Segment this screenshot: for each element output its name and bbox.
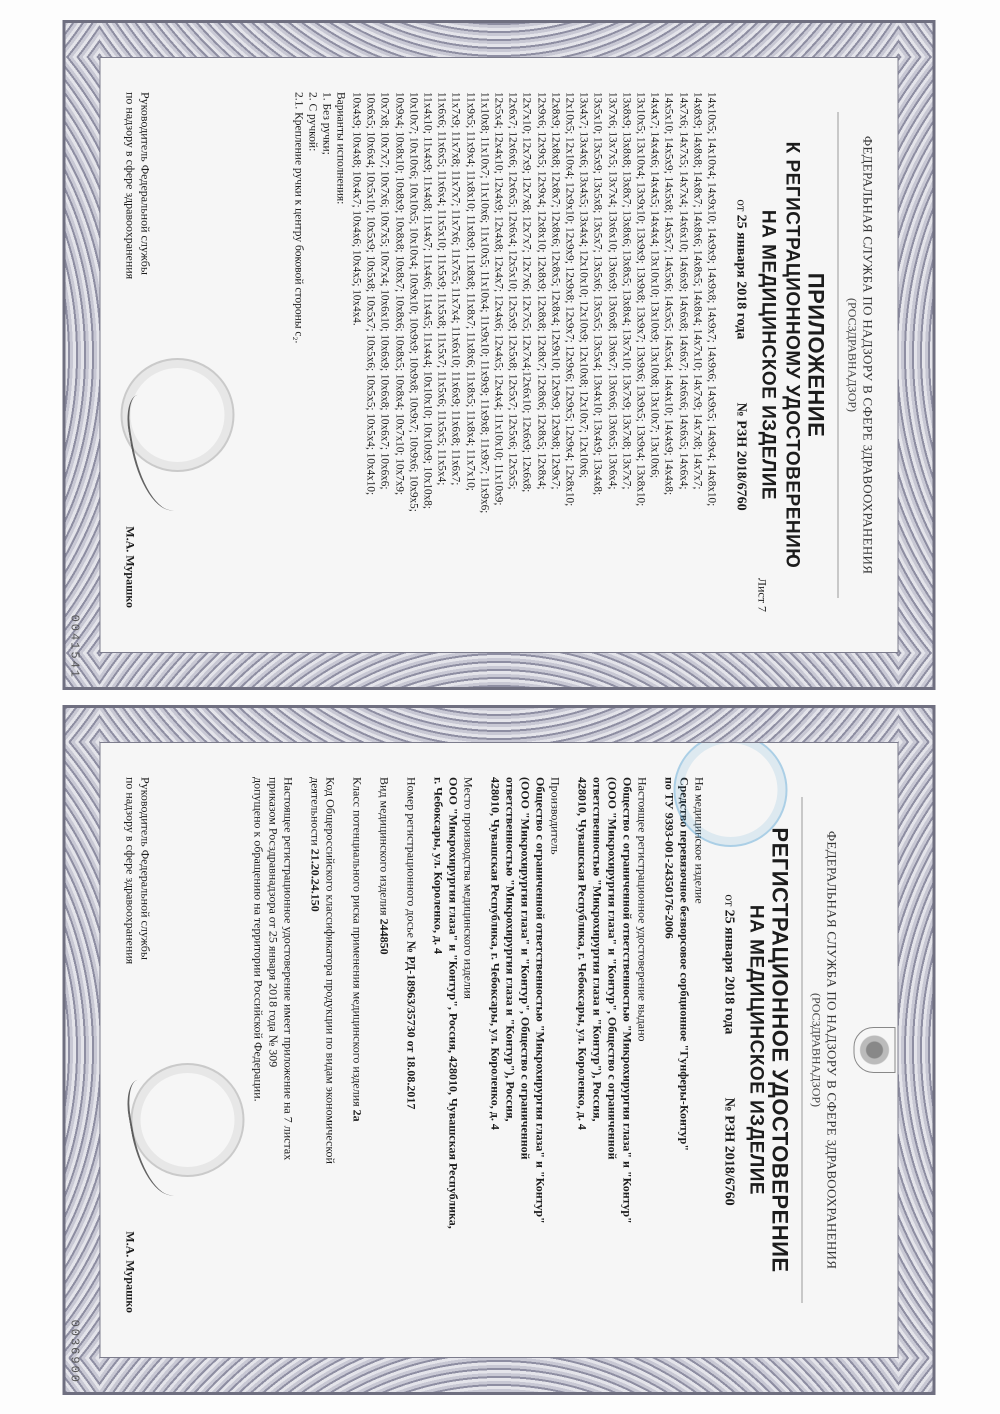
note-line: допущено к обращению на территории Росси… (250, 777, 265, 1323)
appendix-content: ФЕДЕРАЛЬНАЯ СЛУЖБА ПО НАДЗОРУ В СФЕРЕ ЗД… (99, 57, 898, 653)
manufacturer-line: ответственностью "Микрохирургия глаза и … (502, 777, 517, 1323)
risk-value: 2а (350, 1110, 364, 1122)
size-list-line: 11x4x10; 11x4x9; 11x4x8; 11x4x7; 11x4x6;… (420, 92, 434, 618)
size-list-line: 12x8x9; 12x8x8; 12x8x7; 12x8x6; 12x8x5; … (548, 92, 562, 618)
production-line: г. Чебоксары, ул. Короленко, д. 4 (430, 777, 445, 1323)
note-section: Настоящее регистрационное удостоверение … (250, 777, 295, 1323)
date-line: от 25 января 2018 года № РЗН 2018/6760 (732, 92, 749, 618)
size-list-line: 14x10x5; 14x10x4; 14x9x10; 14x9x9; 14x9x… (704, 92, 718, 618)
certificate-number: № РЗН 2018/6760 (721, 1098, 736, 1206)
size-list-line: 14x7x6; 14x7x5; 14x7x4; 14x6x10; 14x6x9;… (675, 92, 689, 618)
title-line-2: К РЕГИСТРАЦИОННОМУ УДОСТОВЕРЕНИЮ (779, 92, 803, 618)
coat-of-arms-emblem (853, 1027, 895, 1073)
okpd-value: 21.20.24.150 (308, 849, 322, 912)
date-prefix: от (722, 894, 737, 906)
certificate-sheet-wrapper: ФЕДЕРАЛЬНАЯ СЛУЖБА ПО НАДЗОРУ В СФЕРЕ ЗД… (62, 705, 935, 1395)
dossier-label: Номер регистрационного досье (404, 777, 418, 938)
size-list-line: 14x4x7; 14x4x6; 14x4x5; 14x4x4; 13x10x10… (647, 92, 661, 618)
manufacturer-label: Производитель (547, 777, 562, 1323)
agency-short-name: (РОСЗДРАВНАДЗОР) (808, 777, 823, 1323)
appendix-sheet-wrapper: ФЕДЕРАЛЬНАЯ СЛУЖБА ПО НАДЗОРУ В СФЕРЕ ЗД… (62, 20, 935, 690)
dossier-section: Номер регистрационного досье № РД-18963/… (403, 777, 418, 1323)
agency-name: ФЕДЕРАЛЬНАЯ СЛУЖБА ПО НАДЗОРУ В СФЕРЕ ЗД… (859, 92, 875, 618)
sheet-number: Лист 7 (754, 578, 769, 612)
size-list-line: 12x5x4; 12x4x10; 12x4x9; 12x4x8; 12x4x7;… (491, 92, 505, 618)
manufacturer-line: 428010, Чувашская Республика, г. Чебокса… (487, 777, 502, 1323)
agency-short-name: (РОСЗДРАВНАДЗОР) (844, 92, 859, 618)
device-section: На медицинское изделие Средство перевязо… (661, 777, 706, 1323)
device-label: На медицинское изделие (691, 777, 706, 1323)
issue-date: 25 января 2018 года (733, 215, 748, 340)
issued-line: Общество с ограниченной ответственностью… (619, 777, 634, 1323)
okpd-label: Код Общероссийского классификатора проду… (322, 777, 337, 1323)
header-divider (801, 797, 802, 1303)
manufacturer-section: Производитель Общество с ограниченной от… (487, 777, 562, 1323)
issued-section: Настоящее регистрационное удостоверение … (574, 777, 649, 1323)
type-label: Вид медицинского изделия (377, 777, 391, 916)
issued-label: Настоящее регистрационное удостоверение … (634, 777, 649, 1323)
variant-item: 2.1. Крепление ручки к центру боковой ст… (291, 92, 305, 618)
size-list-line: 11x9x5; 11x9x4; 11x8x10; 11x8x9; 11x8x8;… (462, 92, 476, 618)
size-list-line: 14x8x9; 14x8x8; 14x8x7; 14x8x6; 14x8x5; … (690, 92, 704, 618)
size-list-line: 11x7x9; 11x7x8; 11x7x7; 11x7x6; 11x7x5; … (448, 92, 462, 618)
note-line: приказом Росздравнадзора от 25 января 20… (265, 777, 280, 1323)
production-label: Место производства медицинского изделия (460, 777, 475, 1323)
serial-number: 0036900 (67, 1320, 81, 1384)
variant-item: 1. Без ручки; (319, 92, 333, 618)
appendix-sheet: ФЕДЕРАЛЬНАЯ СЛУЖБА ПО НАДЗОРУ В СФЕРЕ ЗД… (62, 20, 935, 690)
issue-date: 25 января 2018 года (721, 910, 736, 1035)
title-line-1: РЕГИСТРАЦИОННОЕ УДОСТОВЕРЕНИЕ (767, 777, 791, 1323)
size-list-line: 13x10x5; 13x10x4; 13x9x10; 13x9x9; 13x9x… (633, 92, 647, 618)
variants-section: Варианты исполнения: 1. Без ручки; 2. С … (291, 92, 347, 618)
issued-line: ответственностью "Микрохирургия глаза и … (589, 777, 604, 1323)
title-line-2: НА МЕДИЦИНСКОЕ ИЗДЕЛИЕ (743, 777, 767, 1323)
size-list-line: 10x7x8; 10x7x7; 10x7x6; 10x7x5; 10x7x4; … (377, 92, 391, 618)
issued-line: (ООО "Микрохирургия глаза" и "Контур", О… (604, 777, 619, 1323)
size-list-line: 12x10x5; 12x10x4; 12x9x10; 12x9x9; 12x9x… (562, 92, 576, 618)
size-list-line: 10x4x9; 10x4x8; 10x4x7; 10x4x6; 10x4x5; … (349, 92, 363, 618)
type-section: Вид медицинского изделия 244850 (376, 777, 391, 1323)
signature-block: Руководитель Федеральной службы по надзо… (122, 92, 152, 618)
issued-line: 428010, Чувашская Республика, г. Чебокса… (574, 777, 589, 1323)
size-list-line: 11x10x8; 11x10x7; 11x10x6; 11x10x5; 11x1… (477, 92, 491, 618)
certificate-number: № РЗН 2018/6760 (733, 403, 748, 511)
title-line-1: ПРИЛОЖЕНИЕ (803, 92, 827, 618)
signer-name: М.А. Мурашко (122, 526, 137, 608)
size-list-line: 11x6x6; 11x6x5; 11x6x4; 11x5x10; 11x5x9;… (434, 92, 448, 618)
size-list: 14x10x5; 14x10x4; 14x9x10; 14x9x9; 14x9x… (349, 92, 718, 618)
header-divider (837, 112, 838, 598)
signer-title-1: Руководитель Федеральной службы (137, 777, 152, 1323)
risk-section: Класс потенциального риска применения ме… (349, 777, 364, 1323)
signer-name: М.А. Мурашко (122, 1231, 137, 1313)
signer-title-1: Руководитель Федеральной службы (137, 92, 152, 618)
risk-label: Класс потенциального риска применения ме… (350, 777, 364, 1107)
signature-block: Руководитель Федеральной службы по надзо… (122, 777, 152, 1323)
agency-name: ФЕДЕРАЛЬНАЯ СЛУЖБА ПО НАДЗОРУ В СФЕРЕ ЗД… (823, 777, 839, 1323)
size-list-line: 12x6x7; 12x6x6; 12x6x5; 12x6x4; 12x5x10;… (505, 92, 519, 618)
note-line: Настоящее регистрационное удостоверение … (280, 777, 295, 1323)
type-value: 244850 (377, 919, 391, 955)
device-spec: по ТУ 9393-001-24350176-2006 (661, 777, 676, 1323)
certificate-content: ФЕДЕРАЛЬНАЯ СЛУЖБА ПО НАДЗОРУ В СФЕРЕ ЗД… (99, 742, 898, 1358)
document-title: ПРИЛОЖЕНИЕ К РЕГИСТРАЦИОННОМУ УДОСТОВЕРЕ… (755, 92, 827, 618)
variants-heading: Варианты исполнения: (333, 92, 347, 618)
size-list-line: 12x9x6; 12x9x5; 12x9x4; 12x8x10; 12x8x9;… (533, 92, 547, 618)
size-list-line: 13x7x6; 13x7x5; 13x7x4; 13x6x10; 13x6x9;… (604, 92, 618, 618)
certificate-body: На медицинское изделие Средство перевязо… (250, 777, 706, 1323)
size-list-line: 13x8x9; 13x8x8; 13x8x7; 13x8x6; 13x8x5; … (619, 92, 633, 618)
dossier-value: № РД-18963/35730 от 18.08.2017 (404, 941, 418, 1109)
date-line: от 25 января 2018 года № РЗН 2018/6760 (720, 777, 737, 1323)
document-title: РЕГИСТРАЦИОННОЕ УДОСТОВЕРЕНИЕ НА МЕДИЦИН… (743, 777, 791, 1323)
certificate-sheet: ФЕДЕРАЛЬНАЯ СЛУЖБА ПО НАДЗОРУ В СФЕРЕ ЗД… (62, 705, 935, 1395)
variant-item: 2. С ручкой: (305, 92, 319, 618)
okpd-label-2: деятельности (308, 777, 322, 846)
device-name: Средство перевязочное безворсовое сорбци… (676, 777, 691, 1323)
size-list-line: 14x5x10; 14x5x9; 14x5x8; 14x5x7; 14x5x6;… (661, 92, 675, 618)
size-list-line: 10x9x4; 10x8x10; 10x8x9; 10x8x8; 10x8x7;… (391, 92, 405, 618)
okpd-section: Код Общероссийского классификатора проду… (307, 777, 337, 1323)
production-section: Место производства медицинского изделия … (430, 777, 475, 1323)
size-list-line: 13x4x7; 13x4x6; 13x4x5; 13x4x4; 12x10x10… (576, 92, 590, 618)
size-list-line: 10x6x5; 10x6x4; 10x5x10; 10x5x9; 10x5x8;… (363, 92, 377, 618)
manufacturer-line: Общество с ограниченной ответственностью… (532, 777, 547, 1323)
size-list-line: 10x10x7; 10x10x6; 10x10x5; 10x10x4; 10x9… (406, 92, 420, 618)
title-line-3: НА МЕДИЦИНСКОЕ ИЗДЕЛИЕ (755, 92, 779, 618)
manufacturer-line: (ООО "Микрохирургия глаза" и "Контур", О… (517, 777, 532, 1323)
serial-number: 0041541 (67, 615, 81, 679)
size-list-line: 13x5x10; 13x5x9; 13x5x8; 13x5x7; 13x5x6;… (590, 92, 604, 618)
production-line: ООО "Микрохирургия глаза" и "Контур", Ро… (445, 777, 460, 1323)
date-prefix: от (734, 199, 749, 211)
size-list-line: 12x7x10; 12x7x9; 12x7x8; 12x7x7; 12x7x6;… (519, 92, 533, 618)
